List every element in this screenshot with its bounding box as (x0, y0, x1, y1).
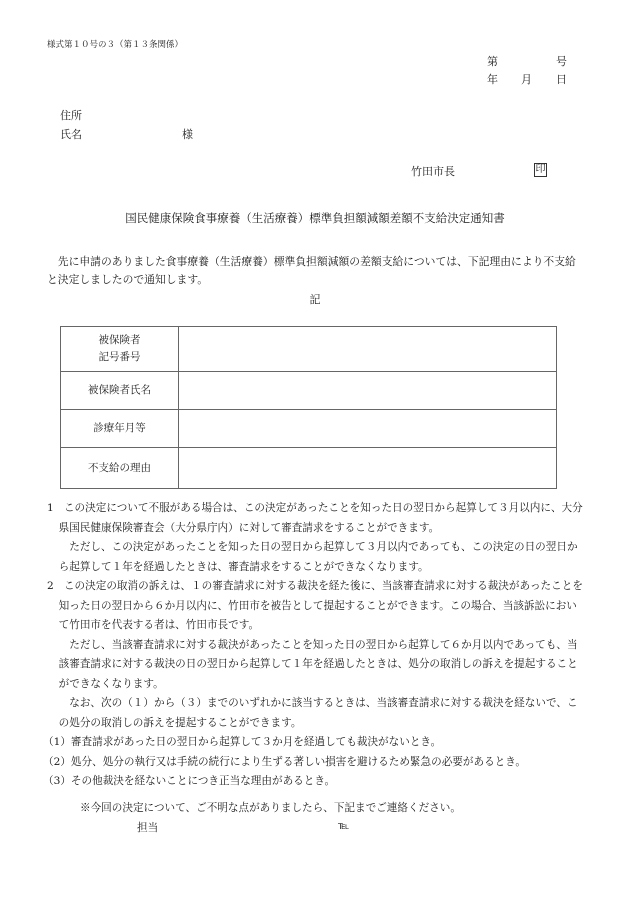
table-row: 被保険者氏名 (61, 372, 557, 410)
table-row: 診療年月等 (61, 410, 557, 448)
row-value (179, 327, 557, 372)
note-1-para-2: ただし、この決定があったことを知った日の翌日から起算して３月以内であっても、この… (47, 538, 587, 577)
row-value (179, 372, 557, 410)
name-label: 氏名 (60, 126, 82, 142)
row-label: 診療年月等 (61, 410, 179, 448)
ki-heading: 記 (0, 291, 630, 307)
doc-number-suffix: 号 (556, 53, 567, 69)
document-title: 国民健康保険食事療養（生活療養）標準負担額減額差額不支給決定通知書 (0, 210, 630, 226)
contact-note: ※今回の決定について、ご不明な点がありましたら、下記までご連絡ください。 (80, 800, 461, 815)
table-row: 不支給の理由 (61, 448, 557, 489)
label-line: 被保険者 (62, 332, 177, 349)
sub-item-3: （3）その他裁決を経ないことにつき正当な理由があるとき。 (43, 772, 587, 792)
sub-item-2: （2）処分、処分の執行又は手続の続行により生ずる著しい損害を避けるため緊急の必要… (43, 753, 587, 773)
note-2: 2この決定の取消の訴えは、１の審査請求に対する裁決を経た後に、当該審査請求に対す… (47, 577, 587, 636)
seal-icon: 印 (534, 163, 547, 177)
note-1: 1この決定について不服がある場合は、この決定があったことを知った日の翌日から起算… (47, 499, 587, 538)
doc-number-prefix: 第 (487, 53, 498, 69)
row-value (179, 448, 557, 489)
row-label: 不支給の理由 (61, 448, 179, 489)
note-number: 2 (47, 577, 64, 597)
row-label: 被保険者 記号番号 (61, 327, 179, 372)
label-line: 記号番号 (62, 349, 177, 366)
note-2-para-3: なお、次の（１）から（３）までのいずれかに該当するときは、当該審査請求に対する裁… (47, 694, 587, 733)
note-2-para-2: ただし、当該審査請求に対する裁決があったことを知った日の翌日から起算して６か月以… (47, 636, 587, 695)
address-label: 住所 (60, 107, 82, 123)
row-label: 被保険者氏名 (61, 372, 179, 410)
form-number: 様式第１０号の３（第１３条関係） (47, 38, 183, 50)
telephone-icon: ℡ (338, 820, 349, 832)
date-year: 年 (487, 71, 498, 87)
date-month: 月 (521, 71, 532, 87)
contact-person-label: 担当 (137, 820, 158, 835)
intro-paragraph: 先に申請のありました食事療養（生活療養）標準負担額減額の差額支給については、下記… (47, 253, 582, 289)
info-table: 被保険者 記号番号 被保険者氏名 診療年月等 不支給の理由 (60, 326, 557, 489)
notes-section: 1この決定について不服がある場合は、この決定があったことを知った日の翌日から起算… (47, 499, 587, 792)
sub-item-1: （1）審査請求があった日の翌日から起算して３か月を経過しても裁決がないとき。 (43, 733, 587, 753)
table-row: 被保険者 記号番号 (61, 327, 557, 372)
note-text: この決定の取消の訴えは、１の審査請求に対する裁決を経た後に、当該審査請求に対する… (59, 580, 583, 631)
honorific: 様 (182, 126, 193, 142)
row-value (179, 410, 557, 448)
issuer-title: 竹田市長 (411, 163, 455, 179)
date-day: 日 (556, 71, 567, 87)
note-text: この決定について不服がある場合は、この決定があったことを知った日の翌日から起算し… (59, 502, 583, 534)
note-number: 1 (47, 499, 64, 519)
